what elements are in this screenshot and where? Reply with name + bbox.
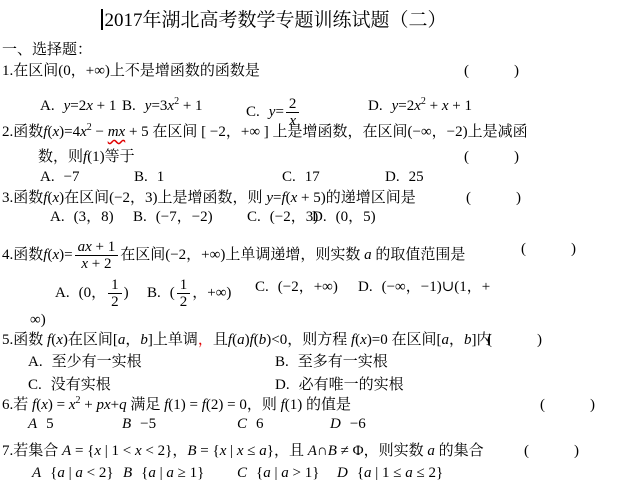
document-page[interactable]: 2017年湖北高考数学专题训练试题（二） 一、选择题： 1.在区间(0，+∞)上… xyxy=(0,0,632,487)
option-text: (−2，3) xyxy=(270,209,318,225)
option-text: (−∞，−1)∪(1，+ xyxy=(382,279,491,295)
question-7-answer-blank: ( ) xyxy=(524,441,579,461)
fraction: 12 xyxy=(177,277,191,310)
option-text: (3，8) xyxy=(74,209,114,225)
question-2-option-a: A.−7 xyxy=(40,167,80,187)
question-7-option-d: D{a | 1 ≤ a ≤ 2} xyxy=(337,463,443,483)
option-label: A. xyxy=(50,209,65,225)
option-text: 必有唯一的实根 xyxy=(299,377,404,393)
option-label: A. xyxy=(40,98,55,114)
option-text: 1 xyxy=(157,169,165,185)
question-4-option-d: D.(−∞，−1)∪(1，+ xyxy=(358,277,490,297)
question-5-option-a: A.至少有一实根 xyxy=(28,352,142,372)
option-label: D xyxy=(330,416,341,432)
option-text: {a | a < 2} xyxy=(50,465,113,481)
option-label: A. xyxy=(28,354,43,370)
option-label: A xyxy=(32,465,41,481)
question-6-option-a: A5 xyxy=(28,414,54,434)
option-text: {a | a ≥ 1} xyxy=(141,465,204,481)
question-1-option-b: B.y=3x2 + 1 xyxy=(122,96,203,116)
option-label: D. xyxy=(312,209,327,225)
option-label: A. xyxy=(55,285,70,301)
question-7-option-c: C{a | a > 1} xyxy=(237,463,319,483)
option-text: 25 xyxy=(409,169,424,185)
option-text: (−2，+∞) xyxy=(278,279,338,295)
question-6-option-b: B−5 xyxy=(122,414,156,434)
question-5-option-d: D.必有唯一的实根 xyxy=(275,375,404,395)
question-2-stem-line1: 2.函数f(x)=4x2 − mx + 5 在区间 [ −2，+∞ ] 上是增函… xyxy=(2,122,528,142)
question-3-option-d: D.(0，5) xyxy=(312,207,376,227)
question-1-option-a: A.y=2x + 1 xyxy=(40,96,116,116)
question-5-answer-blank: ( ) xyxy=(487,330,542,350)
question-6-answer-blank: ( ) xyxy=(540,395,595,415)
option-label: A. xyxy=(40,169,55,185)
option-text: y=2x + 1 xyxy=(64,98,117,114)
question-3-option-c: C.(−2，3) xyxy=(247,207,318,227)
question-2-stem-line2: 数，则f(1)等于 xyxy=(38,147,135,167)
fraction: ax + 1x + 2 xyxy=(75,239,119,272)
option-text: y=3x2 + 1 xyxy=(145,98,203,114)
question-1-stem: 1.在区间(0，+∞)上不是增函数的函数是 xyxy=(2,61,260,81)
question-3-option-b: B.(−7，−2) xyxy=(133,207,213,227)
document-title-line: 2017年湖北高考数学专题训练试题（二） xyxy=(0,8,548,34)
option-text: y=2x xyxy=(269,104,302,120)
question-4-option-b: B.(12，+∞) xyxy=(147,277,231,310)
option-label: B. xyxy=(275,354,289,370)
option-label: C. xyxy=(246,104,260,120)
option-label: C. xyxy=(255,279,269,295)
option-text: 没有实根 xyxy=(51,377,111,393)
question-6-option-c: C6 xyxy=(237,414,264,434)
page-title: 2017年湖北高考数学专题训练试题（二） xyxy=(104,10,446,31)
question-4-stem: 4.函数f(x)=ax + 1x + 2在区间(−2，+∞)上单调递增，则实数 … xyxy=(2,239,465,272)
option-text: 5 xyxy=(46,416,54,432)
question-4-option-a: A.(0，12) xyxy=(55,277,129,310)
question-4-answer-blank: ( ) xyxy=(521,239,576,259)
question-7-option-a: A{a | a < 2} xyxy=(32,463,114,483)
option-label: B. xyxy=(134,169,148,185)
option-label: B. xyxy=(133,209,147,225)
question-2-option-c: C.17 xyxy=(282,167,320,187)
option-label: D xyxy=(337,465,348,481)
question-4-option-c: C.(−2，+∞) xyxy=(255,277,338,297)
option-label: C. xyxy=(282,169,296,185)
question-3-answer-blank: ( ) xyxy=(466,188,521,208)
option-label: D. xyxy=(385,169,400,185)
question-2-option-d: D.25 xyxy=(385,167,424,187)
question-6-stem: 6.若 f(x) = x2 + px+q 满足 f(1) = f(2) = 0，… xyxy=(2,395,351,415)
option-text: (−7，−2) xyxy=(156,209,213,225)
question-5-option-c: C.没有实根 xyxy=(28,375,111,395)
option-label: C. xyxy=(247,209,261,225)
option-text: (0，5) xyxy=(336,209,376,225)
option-text: 6 xyxy=(256,416,264,432)
option-label: B xyxy=(123,465,132,481)
question-5-stem: 5.函数 f(x)在区间[a，b]上单调，且f(a)f(b)<0，则方程 f(x… xyxy=(2,330,492,350)
question-4-option-d-continuation: ∞) xyxy=(30,310,46,330)
question-1-answer-blank: ( ) xyxy=(464,61,519,81)
question-7-stem: 7.若集合 A = {x | 1 < x < 2}，B = {x | x ≤ a… xyxy=(2,441,484,461)
fraction: 12 xyxy=(108,277,122,310)
question-7-option-b: B{a | a ≥ 1} xyxy=(123,463,204,483)
option-text: {a | 1 ≤ a ≤ 2} xyxy=(357,465,443,481)
question-2-answer-blank: ( ) xyxy=(464,147,519,167)
option-text: {a | a > 1} xyxy=(256,465,319,481)
option-label: D. xyxy=(358,279,373,295)
option-label: D. xyxy=(275,377,290,393)
question-3-stem: 3.函数f(x)在区间(−2，3)上是增函数，则 y=f(x + 5)的递增区间… xyxy=(2,188,416,208)
option-label: C. xyxy=(28,377,42,393)
option-text: (12，+∞) xyxy=(170,285,232,301)
option-label: D. xyxy=(368,98,383,114)
question-5-option-b: B.至多有一实根 xyxy=(275,352,388,372)
question-2-option-b: B.1 xyxy=(134,167,164,187)
option-text: 17 xyxy=(305,169,320,185)
option-text: 至多有一实根 xyxy=(298,354,388,370)
option-text: −6 xyxy=(350,416,366,432)
section-heading: 一、选择题： xyxy=(2,40,92,60)
option-label: C xyxy=(237,465,247,481)
option-label: A xyxy=(28,416,37,432)
option-label: B. xyxy=(147,285,161,301)
option-label: B xyxy=(122,416,131,432)
option-text: y=2x2 + x + 1 xyxy=(392,98,472,114)
question-3-option-a: A.(3，8) xyxy=(50,207,114,227)
question-1-option-d: D.y=2x2 + x + 1 xyxy=(368,96,472,116)
option-text: −5 xyxy=(140,416,156,432)
option-label: B. xyxy=(122,98,136,114)
option-label: C xyxy=(237,416,247,432)
option-text: −7 xyxy=(64,169,80,185)
option-text: 至少有一实根 xyxy=(52,354,142,370)
option-text: (0，12) xyxy=(79,285,129,301)
question-6-option-d: D−6 xyxy=(330,414,366,434)
